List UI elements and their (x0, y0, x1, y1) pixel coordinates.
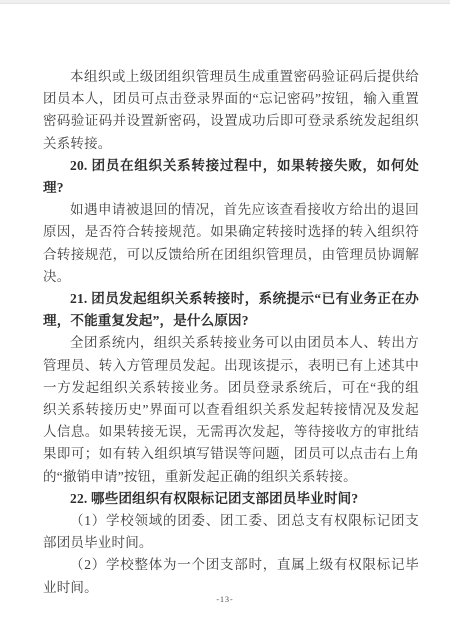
page-number: -13- (0, 595, 450, 605)
paragraph-continuation-answer: 本组织或上级团组织管理员生成重置密码验证码后提供给团员本人，团员可点击登录界面的… (43, 66, 419, 155)
answer-20-paragraph: 如遇申请被退回的情况，首先应该查看接收方给出的退回原因，是否符合转接规范。如果确… (43, 199, 419, 288)
document-content: 本组织或上级团组织管理员生成重置密码验证码后提供给团员本人，团员可点击登录界面的… (43, 66, 419, 599)
answer-22-item-1: （1）学校领域的团委、团工委、团总支有权限标记团支部团员毕业时间。 (43, 510, 419, 554)
answer-22-item-2: （2）学校整体为一个团支部时，直属上级有权限标记毕业时间。 (43, 554, 419, 598)
document-page: 本组织或上级团组织管理员生成重置密码验证码后提供给团员本人，团员可点击登录界面的… (0, 0, 450, 641)
answer-21-paragraph: 全团系统内，组织关系转接业务可以由团员本人、转出方管理员、转入方管理员发起。出现… (43, 332, 419, 487)
question-22-heading: 22. 哪些团组织有权限标记团支部团员毕业时间? (43, 488, 419, 510)
question-21-heading: 21. 团员发起组织关系转接时，系统提示“已有业务正在办理，不能重复发起”，是什… (43, 288, 419, 332)
question-20-heading: 20. 团员在组织关系转接过程中，如果转接失败，如何处理? (43, 155, 419, 199)
page-top-edge (0, 0, 450, 4)
